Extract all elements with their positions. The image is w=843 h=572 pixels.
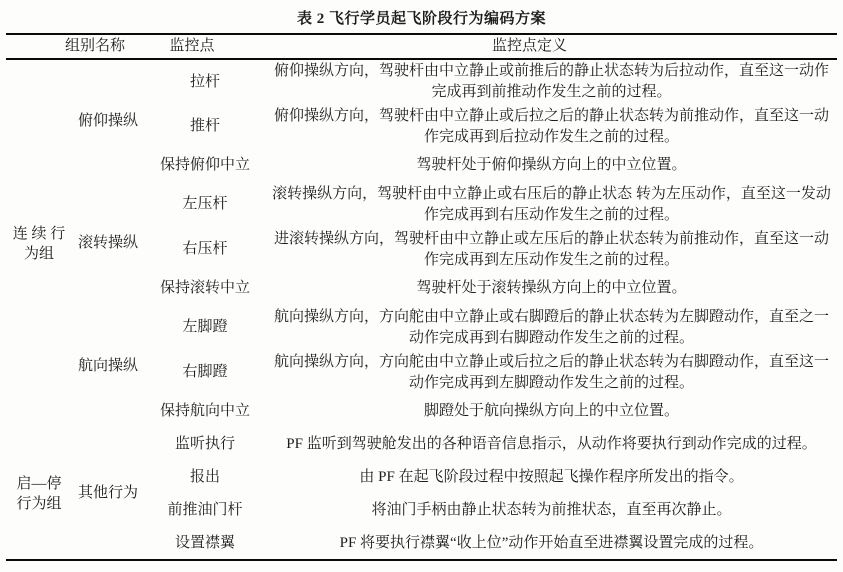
subgroup-other: 其他行为 xyxy=(72,428,144,560)
definition-cell: 由 PF 在起飞阶段过程中按照起飞操作程序所发出的指令。 xyxy=(266,461,837,494)
monitor-point-cell: 前推油门杆 xyxy=(144,494,266,527)
col-header-definition: 监控点定义 xyxy=(266,34,837,59)
definition-cell: 进滚转操纵方向，驾驶杆由中立静止或左压后的静止状态转为前推动作，直至这一动作完成… xyxy=(266,227,837,272)
definition-cell: 驾驶杆处于俯仰操纵方向上的中立位置。 xyxy=(266,149,837,182)
definition-cell: 俯仰操纵方向，驾驶杆由中立静止或后拉之后的静止状态转为前推动作，直至这一动作完成… xyxy=(266,104,837,149)
row-group-label-line: 为组 xyxy=(6,244,72,264)
row-group-label-line: 启—停 xyxy=(6,474,72,494)
table-row: 滚转操纵 左压杆 滚转操纵方向，驾驶杆由中立静止或右压后的静止状态 转为左压动作… xyxy=(6,182,837,227)
monitor-point-cell: 保持滚转中立 xyxy=(144,272,266,305)
subgroup-pitch: 俯仰操纵 xyxy=(72,59,144,182)
behavior-coding-table: 组别名称 监控点 监控点定义 连 续 行 为组 俯仰操纵 拉杆 俯仰操纵方向，驾… xyxy=(6,33,837,561)
monitor-point-cell: 保持俯仰中立 xyxy=(144,149,266,182)
monitor-point-cell: 推杆 xyxy=(144,104,266,149)
monitor-point-cell: 右脚蹬 xyxy=(144,350,266,395)
monitor-point-cell: 右压杆 xyxy=(144,227,266,272)
definition-cell: 滚转操纵方向，驾驶杆由中立静止或右压后的静止状态 转为左压动作，直至这一发动作完… xyxy=(266,182,837,227)
monitor-point-cell: 报出 xyxy=(144,461,266,494)
row-group-label-line: 连 续 行 xyxy=(6,224,72,244)
monitor-point-cell: 设置襟翼 xyxy=(144,527,266,560)
table-caption: 表 2 飞行学员起飞阶段行为编码方案 xyxy=(0,0,843,29)
row-group-start-stop: 启—停 行为组 xyxy=(6,428,72,560)
header-row: 组别名称 监控点 监控点定义 xyxy=(6,34,837,59)
table-row: 连 续 行 为组 俯仰操纵 拉杆 俯仰操纵方向，驾驶杆由中立静止或前推后的静止状… xyxy=(6,59,837,104)
definition-cell: PF 将要执行襟翼“收上位”动作开始直至进襟翼设置完成的过程。 xyxy=(266,527,837,560)
row-group-label-line: 行为组 xyxy=(6,494,72,514)
definition-cell: 脚蹬处于航向操纵方向上的中立位置。 xyxy=(266,395,837,428)
definition-cell: 航向操纵方向，方向舵由中立静止或右脚蹬后的静止状态转为左脚蹬动作，直至之一动作完… xyxy=(266,305,837,350)
monitor-point-cell: 左脚蹬 xyxy=(144,305,266,350)
monitor-point-cell: 拉杆 xyxy=(144,59,266,104)
subgroup-roll: 滚转操纵 xyxy=(72,182,144,305)
table-row: 启—停 行为组 其他行为 监听执行 PF 监听到驾驶舱发出的各种语音信息指示，从… xyxy=(6,428,837,461)
definition-cell: 航向操纵方向，方向舵由中立静止或后拉之后的静止状态转为右脚蹬动作，直至这一动作完… xyxy=(266,350,837,395)
col-header-monitor-point: 监控点 xyxy=(144,34,266,59)
row-group-continuous: 连 续 行 为组 xyxy=(6,59,72,428)
monitor-point-cell: 保持航向中立 xyxy=(144,395,266,428)
definition-cell: 俯仰操纵方向，驾驶杆由中立静止或前推后的静止状态转为后拉动作，直至这一动作完成再… xyxy=(266,59,837,104)
definition-cell: PF 监听到驾驶舱发出的各种语音信息指示，从动作将要执行到动作完成的过程。 xyxy=(266,428,837,461)
table-row: 航向操纵 左脚蹬 航向操纵方向，方向舵由中立静止或右脚蹬后的静止状态转为左脚蹬动… xyxy=(6,305,837,350)
definition-cell: 将油门手柄由静止状态转为前推状态，直至再次静止。 xyxy=(266,494,837,527)
definition-cell: 驾驶杆处于滚转操纵方向上的中立位置。 xyxy=(266,272,837,305)
subgroup-yaw: 航向操纵 xyxy=(72,305,144,428)
monitor-point-cell: 监听执行 xyxy=(144,428,266,461)
monitor-point-cell: 左压杆 xyxy=(144,182,266,227)
col-header-group-name: 组别名称 xyxy=(6,34,144,59)
